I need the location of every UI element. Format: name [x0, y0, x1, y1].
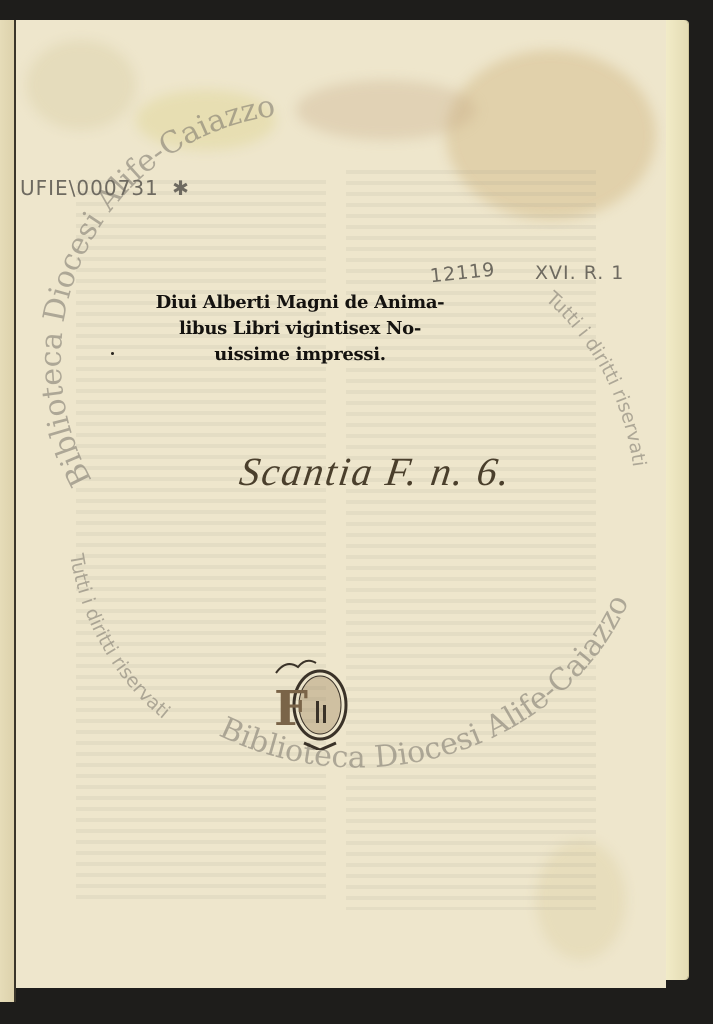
inventory-mark: ✱	[172, 176, 190, 200]
title-line-2: libus Libri vigintisex No-	[150, 316, 450, 342]
stamp-letter-f: F	[274, 681, 308, 737]
library-stamp: F	[272, 655, 354, 750]
ink-dot	[111, 352, 114, 355]
location-mark: XVI. R. 1	[535, 262, 624, 284]
inventory-text: UFIE\000731	[20, 176, 159, 200]
printed-title: Diui Alberti Magni de Anima- libus Libri…	[150, 290, 450, 368]
stamp-monogram-icon: F	[272, 655, 354, 750]
manuscript-shelfmark: Scantia F. n. 6.	[237, 448, 515, 495]
svg-text:Tutti i diritti riservati: Tutti i diritti riservati	[541, 287, 650, 468]
svg-text:Tutti i diritti riservati: Tutti i diritti riservati	[65, 551, 174, 723]
title-line-1: Diui Alberti Magni de Anima-	[150, 290, 450, 316]
inventory-number: UFIE\000731 ✱	[20, 176, 190, 200]
title-line-3: uissime impressi.	[150, 342, 450, 368]
